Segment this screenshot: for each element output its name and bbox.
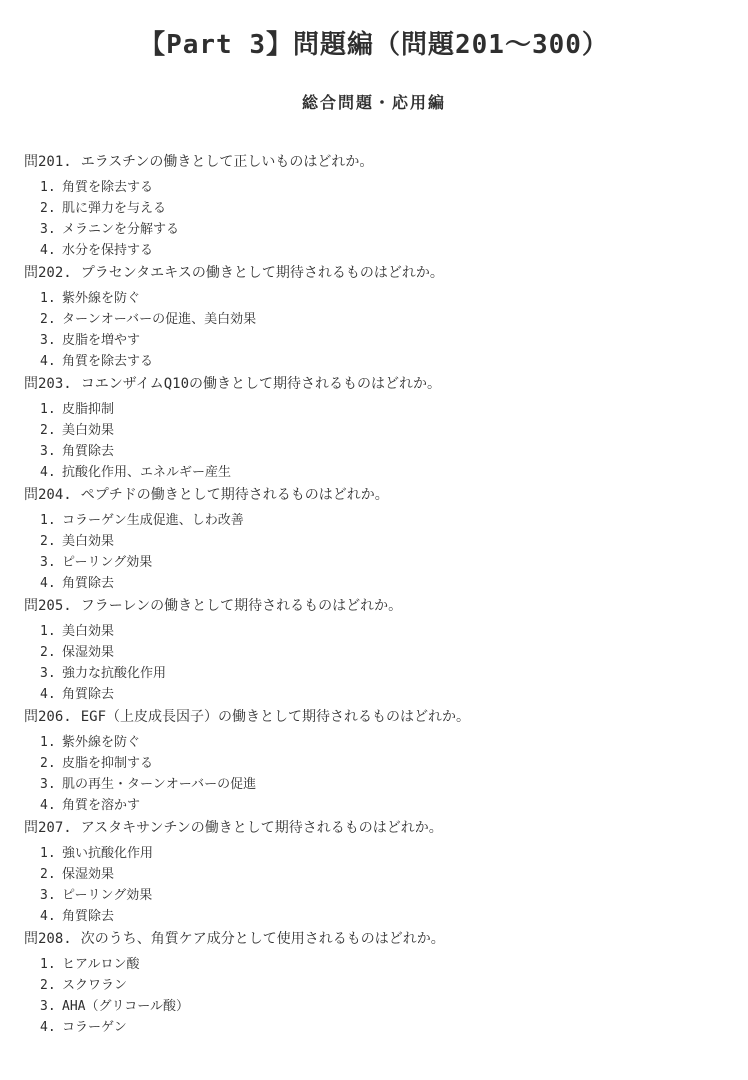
option-text: 肌の再生・ターンオーバーの促進 bbox=[62, 777, 256, 792]
question-block: 問204.ペプチドの働きとして期待されるものはどれか。 1.コラーゲン生成促進、… bbox=[24, 485, 748, 594]
option-number: 3. bbox=[40, 219, 62, 240]
option-row: 1.強い抗酸化作用 bbox=[24, 843, 748, 864]
option-row: 2.スクワラン bbox=[24, 975, 748, 996]
question-header: 問208.次のうち、角質ケア成分として使用されるものはどれか。 bbox=[24, 929, 748, 949]
option-row: 3.肌の再生・ターンオーバーの促進 bbox=[24, 774, 748, 795]
option-list: 1.美白効果 2.保湿効果 3.強力な抗酸化作用 4.角質除去 bbox=[24, 621, 748, 705]
option-text: 美白効果 bbox=[62, 423, 114, 438]
question-number: 問208. bbox=[24, 931, 72, 947]
option-row: 4.角質除去 bbox=[24, 906, 748, 927]
option-text: 保湿効果 bbox=[62, 645, 114, 660]
question-header: 問206.EGF（上皮成長因子）の働きとして期待されるものはどれか。 bbox=[24, 707, 748, 727]
option-row: 2.保湿効果 bbox=[24, 642, 748, 663]
option-number: 3. bbox=[40, 330, 62, 351]
option-text: 角質除去 bbox=[62, 576, 114, 591]
option-text: 強い抗酸化作用 bbox=[62, 846, 153, 861]
question-text: フラーレンの働きとして期待されるものはどれか。 bbox=[81, 598, 402, 614]
option-text: 角質除去 bbox=[62, 909, 114, 924]
option-row: 4.角質を除去する bbox=[24, 351, 748, 372]
option-list: 1.紫外線を防ぐ 2.皮脂を抑制する 3.肌の再生・ターンオーバーの促進 4.角… bbox=[24, 732, 748, 816]
option-list: 1.紫外線を防ぐ 2.ターンオーバーの促進、美白効果 3.皮脂を増やす 4.角質… bbox=[24, 288, 748, 372]
page-title: 【Part 3】問題編（問題201～300） bbox=[0, 0, 748, 62]
option-text: 角質除去 bbox=[62, 687, 114, 702]
option-row: 4.角質を溶かす bbox=[24, 795, 748, 816]
option-number: 2. bbox=[40, 753, 62, 774]
option-row: 2.保湿効果 bbox=[24, 864, 748, 885]
question-block: 問203.コエンザイムQ10の働きとして期待されるものはどれか。 1.皮脂抑制 … bbox=[24, 374, 748, 483]
option-text: 抗酸化作用、エネルギー産生 bbox=[62, 465, 231, 480]
option-row: 1.ヒアルロン酸 bbox=[24, 954, 748, 975]
question-number: 問204. bbox=[24, 487, 72, 503]
option-number: 3. bbox=[40, 885, 62, 906]
question-block: 問208.次のうち、角質ケア成分として使用されるものはどれか。 1.ヒアルロン酸… bbox=[24, 929, 748, 1038]
question-list: 問201.エラスチンの働きとして正しいものはどれか。 1.角質を除去する 2.肌… bbox=[24, 152, 748, 1038]
option-number: 4. bbox=[40, 684, 62, 705]
option-text: 肌に弾力を与える bbox=[62, 201, 166, 216]
question-header: 問203.コエンザイムQ10の働きとして期待されるものはどれか。 bbox=[24, 374, 748, 394]
option-row: 2.ターンオーバーの促進、美白効果 bbox=[24, 309, 748, 330]
option-text: ピーリング効果 bbox=[62, 888, 152, 903]
option-row: 2.美白効果 bbox=[24, 420, 748, 441]
option-text: コラーゲン生成促進、しわ改善 bbox=[62, 513, 244, 528]
option-list: 1.強い抗酸化作用 2.保湿効果 3.ピーリング効果 4.角質除去 bbox=[24, 843, 748, 927]
option-text: ピーリング効果 bbox=[62, 555, 152, 570]
option-number: 2. bbox=[40, 531, 62, 552]
option-row: 4.角質除去 bbox=[24, 684, 748, 705]
option-row: 1.コラーゲン生成促進、しわ改善 bbox=[24, 510, 748, 531]
page-subtitle: 総合問題・応用編 bbox=[0, 92, 748, 114]
option-number: 2. bbox=[40, 975, 62, 996]
option-number: 2. bbox=[40, 309, 62, 330]
option-number: 2. bbox=[40, 642, 62, 663]
question-number: 問207. bbox=[24, 820, 72, 836]
option-text: 美白効果 bbox=[62, 534, 114, 549]
question-number: 問205. bbox=[24, 598, 72, 614]
option-text: 皮脂抑制 bbox=[62, 402, 114, 417]
question-text: エラスチンの働きとして正しいものはどれか。 bbox=[81, 154, 374, 170]
question-header: 問201.エラスチンの働きとして正しいものはどれか。 bbox=[24, 152, 748, 172]
option-text: 紫外線を防ぐ bbox=[62, 291, 140, 306]
question-text: EGF（上皮成長因子）の働きとして期待されるものはどれか。 bbox=[81, 709, 470, 725]
option-number: 2. bbox=[40, 864, 62, 885]
question-header: 問207.アスタキサンチンの働きとして期待されるものはどれか。 bbox=[24, 818, 748, 838]
question-header: 問205.フラーレンの働きとして期待されるものはどれか。 bbox=[24, 596, 748, 616]
question-block: 問206.EGF（上皮成長因子）の働きとして期待されるものはどれか。 1.紫外線… bbox=[24, 707, 748, 816]
question-text: プラセンタエキスの働きとして期待されるものはどれか。 bbox=[81, 265, 444, 281]
option-number: 4. bbox=[40, 462, 62, 483]
question-text: コエンザイムQ10の働きとして期待されるものはどれか。 bbox=[81, 376, 441, 392]
question-header: 問204.ペプチドの働きとして期待されるものはどれか。 bbox=[24, 485, 748, 505]
option-number: 4. bbox=[40, 351, 62, 372]
option-number: 1. bbox=[40, 621, 62, 642]
option-number: 4. bbox=[40, 1017, 62, 1038]
option-text: 水分を保持する bbox=[62, 243, 153, 258]
question-number: 問206. bbox=[24, 709, 72, 725]
option-list: 1.皮脂抑制 2.美白効果 3.角質除去 4.抗酸化作用、エネルギー産生 bbox=[24, 399, 748, 483]
option-row: 3.強力な抗酸化作用 bbox=[24, 663, 748, 684]
option-row: 3.角質除去 bbox=[24, 441, 748, 462]
option-text: 角質除去 bbox=[62, 444, 114, 459]
question-text: アスタキサンチンの働きとして期待されるものはどれか。 bbox=[81, 820, 443, 836]
option-number: 1. bbox=[40, 288, 62, 309]
option-number: 1. bbox=[40, 732, 62, 753]
option-number: 3. bbox=[40, 441, 62, 462]
question-block: 問205.フラーレンの働きとして期待されるものはどれか。 1.美白効果 2.保湿… bbox=[24, 596, 748, 705]
option-number: 3. bbox=[40, 774, 62, 795]
option-row: 3.AHA（グリコール酸） bbox=[24, 996, 748, 1017]
option-number: 1. bbox=[40, 510, 62, 531]
question-header: 問202.プラセンタエキスの働きとして期待されるものはどれか。 bbox=[24, 263, 748, 283]
option-text: 角質を溶かす bbox=[62, 798, 140, 813]
option-text: 角質を除去する bbox=[62, 180, 153, 195]
option-text: 皮脂を抑制する bbox=[62, 756, 153, 771]
question-number: 問202. bbox=[24, 265, 72, 281]
option-text: メラニンを分解する bbox=[62, 222, 179, 237]
question-number: 問201. bbox=[24, 154, 72, 170]
option-row: 1.角質を除去する bbox=[24, 177, 748, 198]
option-row: 3.メラニンを分解する bbox=[24, 219, 748, 240]
question-text: 次のうち、角質ケア成分として使用されるものはどれか。 bbox=[81, 931, 445, 947]
option-number: 1. bbox=[40, 177, 62, 198]
option-row: 4.コラーゲン bbox=[24, 1017, 748, 1038]
option-text: AHA（グリコール酸） bbox=[62, 999, 189, 1014]
option-text: スクワラン bbox=[62, 978, 127, 993]
option-row: 2.美白効果 bbox=[24, 531, 748, 552]
option-number: 2. bbox=[40, 198, 62, 219]
question-text: ペプチドの働きとして期待されるものはどれか。 bbox=[81, 487, 389, 503]
option-row: 4.抗酸化作用、エネルギー産生 bbox=[24, 462, 748, 483]
option-text: 皮脂を増やす bbox=[62, 333, 140, 348]
option-list: 1.角質を除去する 2.肌に弾力を与える 3.メラニンを分解する 4.水分を保持… bbox=[24, 177, 748, 261]
option-text: 角質を除去する bbox=[62, 354, 153, 369]
option-text: 保湿効果 bbox=[62, 867, 114, 882]
option-row: 2.肌に弾力を与える bbox=[24, 198, 748, 219]
option-text: 美白効果 bbox=[62, 624, 114, 639]
question-number: 問203. bbox=[24, 376, 72, 392]
option-row: 3.皮脂を増やす bbox=[24, 330, 748, 351]
option-number: 1. bbox=[40, 399, 62, 420]
option-number: 1. bbox=[40, 954, 62, 975]
option-row: 1.皮脂抑制 bbox=[24, 399, 748, 420]
question-block: 問201.エラスチンの働きとして正しいものはどれか。 1.角質を除去する 2.肌… bbox=[24, 152, 748, 261]
option-row: 1.美白効果 bbox=[24, 621, 748, 642]
option-number: 2. bbox=[40, 420, 62, 441]
option-number: 3. bbox=[40, 663, 62, 684]
option-number: 4. bbox=[40, 795, 62, 816]
question-block: 問202.プラセンタエキスの働きとして期待されるものはどれか。 1.紫外線を防ぐ… bbox=[24, 263, 748, 372]
option-number: 4. bbox=[40, 573, 62, 594]
option-number: 4. bbox=[40, 906, 62, 927]
option-row: 1.紫外線を防ぐ bbox=[24, 732, 748, 753]
option-list: 1.ヒアルロン酸 2.スクワラン 3.AHA（グリコール酸） 4.コラーゲン bbox=[24, 954, 748, 1038]
option-row: 1.紫外線を防ぐ bbox=[24, 288, 748, 309]
option-number: 3. bbox=[40, 996, 62, 1017]
option-text: コラーゲン bbox=[62, 1020, 127, 1035]
option-text: ヒアルロン酸 bbox=[62, 957, 139, 972]
option-row: 3.ピーリング効果 bbox=[24, 552, 748, 573]
option-number: 3. bbox=[40, 552, 62, 573]
option-row: 4.水分を保持する bbox=[24, 240, 748, 261]
option-text: 強力な抗酸化作用 bbox=[62, 666, 166, 681]
document-page: 【Part 3】問題編（問題201～300） 総合問題・応用編 問201.エラス… bbox=[0, 0, 748, 1080]
question-block: 問207.アスタキサンチンの働きとして期待されるものはどれか。 1.強い抗酸化作… bbox=[24, 818, 748, 927]
option-row: 3.ピーリング効果 bbox=[24, 885, 748, 906]
option-number: 1. bbox=[40, 843, 62, 864]
option-text: ターンオーバーの促進、美白効果 bbox=[62, 312, 256, 327]
option-list: 1.コラーゲン生成促進、しわ改善 2.美白効果 3.ピーリング効果 4.角質除去 bbox=[24, 510, 748, 594]
option-row: 2.皮脂を抑制する bbox=[24, 753, 748, 774]
option-number: 4. bbox=[40, 240, 62, 261]
option-text: 紫外線を防ぐ bbox=[62, 735, 140, 750]
option-row: 4.角質除去 bbox=[24, 573, 748, 594]
